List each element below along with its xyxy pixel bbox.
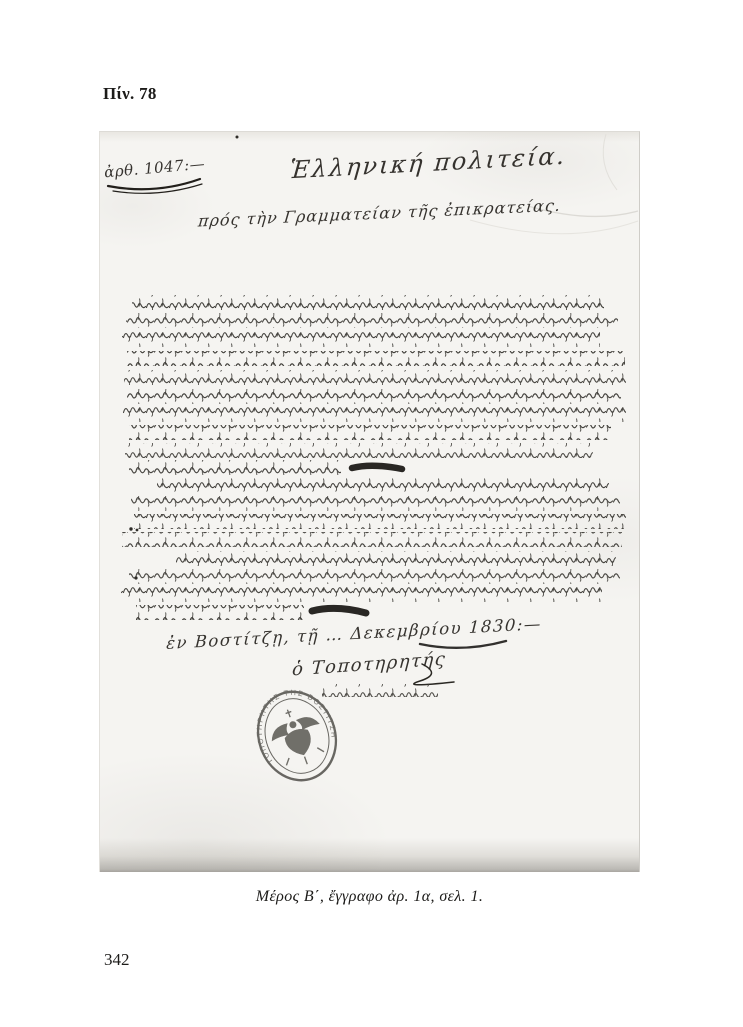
- figure-caption: Μέρος Β΄, ἔγγραφο ἀρ. 1α, σελ. 1.: [99, 888, 640, 906]
- handwritten-line: [129, 569, 620, 584]
- manuscript-handwriting-artwork: ΤΟΠΟΤΗΡΗΤΗΣ ΤΗΣ ΒΟΣΤΙΤΣΗΣ: [100, 132, 639, 871]
- handwritten-line: [122, 332, 600, 347]
- handwritten-line: [157, 478, 609, 493]
- handwritten-line: [126, 313, 618, 328]
- document-photograph: ΤΟΠΟΤΗΡΗΤΗΣ ΤΗΣ ΒΟΣΤΙΤΣΗΣ ἀρθ. 1047:— Ἑλ…: [99, 131, 640, 872]
- plate-label: Πίν. 78: [103, 84, 157, 104]
- handwritten-line: [129, 425, 611, 440]
- handwritten-line: [127, 351, 625, 366]
- page-number: 342: [104, 950, 130, 970]
- reference-underline-flourish: [108, 179, 202, 193]
- cross-icon: [285, 709, 293, 719]
- handwritten-line: [127, 389, 621, 404]
- handwritten-line: [322, 684, 438, 697]
- handwritten-line: [136, 605, 304, 620]
- handwritten-line: [123, 407, 626, 422]
- handwritten-line: [125, 443, 593, 458]
- handwritten-line: [134, 514, 626, 529]
- handwritten-line: [132, 295, 604, 310]
- handwritten-line: [124, 370, 626, 385]
- handwritten-line: [131, 496, 620, 511]
- handwritten-body-lines: [121, 295, 626, 620]
- handwritten-line: [122, 532, 622, 547]
- handwritten-line: [176, 551, 616, 566]
- handwritten-line: [121, 587, 602, 602]
- handwritten-line: [129, 460, 341, 475]
